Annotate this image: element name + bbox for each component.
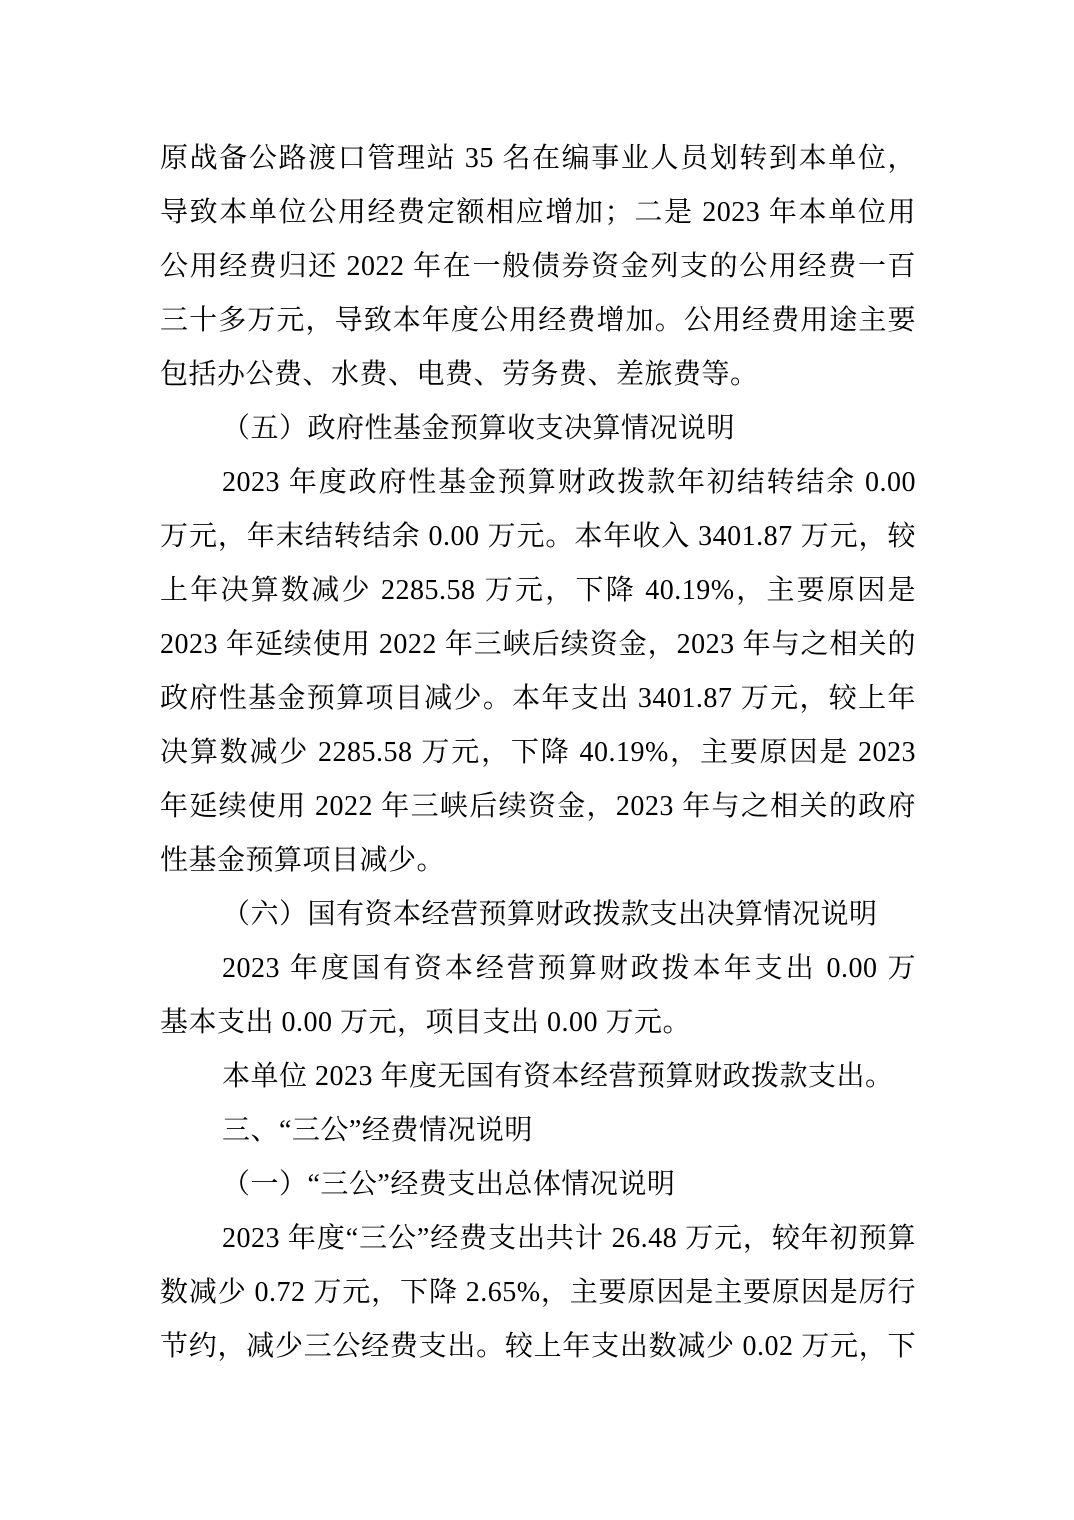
text-line: 数减少 0.72 万元，下降 2.65%，主要原因是主要原因是厉行: [160, 1266, 916, 1320]
text-line: 性基金预算项目减少。: [160, 834, 916, 888]
text-line: 三十多万元，导致本年度公用经费增加。公用经费用途主要: [160, 294, 916, 348]
document-body: 原战备公路渡口管理站 35 名在编事业人员划转到本单位，导致本单位公用经费定额相…: [160, 132, 916, 1374]
text-line: 2023 年度国有资本经营预算财政拨本年支出 0.00 万元，: [160, 942, 916, 996]
text-line: 三、“三公”经费情况说明: [160, 1104, 916, 1158]
text-line: 公用经费归还 2022 年在一般债券资金列支的公用经费一百: [160, 240, 916, 294]
text-line: （六）国有资本经营预算财政拨款支出决算情况说明: [160, 888, 916, 942]
document-page: 原战备公路渡口管理站 35 名在编事业人员划转到本单位，导致本单位公用经费定额相…: [0, 0, 1074, 1520]
text-line: 节约，减少三公经费支出。较上年支出数减少 0.02 万元，下: [160, 1320, 916, 1374]
text-line: 原战备公路渡口管理站 35 名在编事业人员划转到本单位，: [160, 132, 916, 186]
text-line: 万元，年末结转结余 0.00 万元。本年收入 3401.87 万元，较: [160, 510, 916, 564]
text-line: （五）政府性基金预算收支决算情况说明: [160, 402, 916, 456]
text-line: 包括办公费、水费、电费、劳务费、差旅费等。: [160, 348, 916, 402]
text-line: 2023 年度政府性基金预算财政拨款年初结转结余 0.00: [160, 456, 916, 510]
text-line: 决算数减少 2285.58 万元，下降 40.19%，主要原因是 2023: [160, 726, 916, 780]
text-line: 基本支出 0.00 万元，项目支出 0.00 万元。: [160, 996, 916, 1050]
text-line: 年延续使用 2022 年三峡后续资金，2023 年与之相关的政府: [160, 780, 916, 834]
text-line: 本单位 2023 年度无国有资本经营预算财政拨款支出。: [160, 1050, 916, 1104]
text-line: 2023 年延续使用 2022 年三峡后续资金，2023 年与之相关的: [160, 618, 916, 672]
text-line: 导致本单位公用经费定额相应增加；二是 2023 年本单位用: [160, 186, 916, 240]
text-line: 2023 年度“三公”经费支出共计 26.48 万元，较年初预算: [160, 1212, 916, 1266]
text-line: 上年决算数减少 2285.58 万元，下降 40.19%，主要原因是: [160, 564, 916, 618]
text-line: 政府性基金预算项目减少。本年支出 3401.87 万元，较上年: [160, 672, 916, 726]
text-line: （一）“三公”经费支出总体情况说明: [160, 1158, 916, 1212]
